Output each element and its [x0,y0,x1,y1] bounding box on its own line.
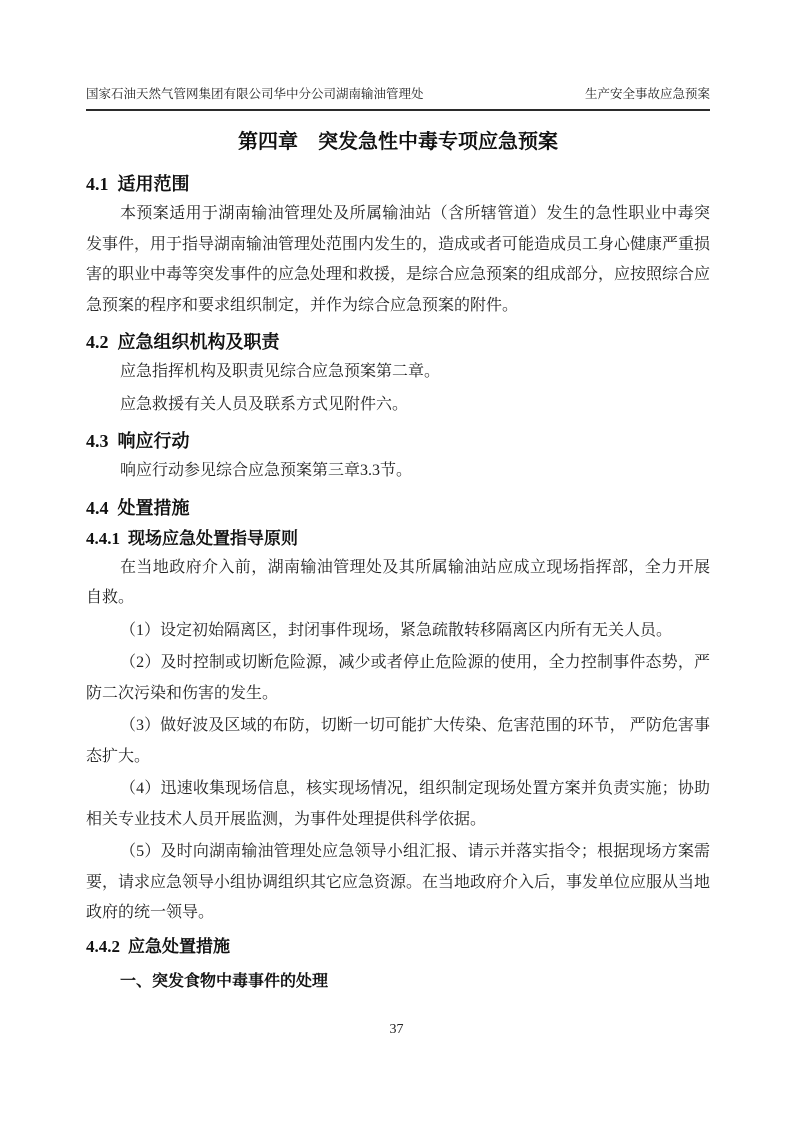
section-heading-text: 响应行动 [118,431,190,451]
section-number: 4.2 [86,332,109,352]
section-number: 4.1 [86,174,109,194]
section-number: 4.3 [86,431,109,451]
paragraph-item-4: （4）迅速收集现场信息，核实现场情况，组织制定现场处置方案并负责实施；协助相关专… [86,774,710,835]
section-heading-text: 适用范围 [118,174,190,194]
section-number: 4.4.2 [86,937,120,956]
section-number: 4.4.1 [86,529,120,548]
paragraph-item-5: （5）及时向湖南输油管理处应急领导小组汇报、请示并落实指令；根据现场方案需要，请… [86,837,710,929]
paragraph-item-2: （2）及时控制或切断危险源，减少或者停止危险源的使用，全力控制事件态势，严防二次… [86,648,710,709]
section-heading-text: 应急处置措施 [128,937,230,956]
paragraph-scope: 本预案适用于湖南输油管理处及所属输油站（含所辖管道）发生的急性职业中毒突发事件，… [86,199,710,321]
section-heading-text: 处置措施 [118,498,190,518]
document-page: 国家石油天然气管网集团有限公司华中分公司湖南输油管理处 生产安全事故应急预案 第… [0,0,793,1122]
subheading-food-poisoning: 一、突发食物中毒事件的处理 [86,967,710,997]
section-heading-4-3: 4.3响应行动 [86,429,710,454]
header-left-text: 国家石油天然气管网集团有限公司华中分公司湖南输油管理处 [86,86,424,103]
header-right-text: 生产安全事故应急预案 [585,86,710,103]
section-heading-4-2: 4.2应急组织机构及职责 [86,330,710,355]
section-heading-4-4: 4.4处置措施 [86,496,710,521]
section-heading-text: 应急组织机构及职责 [118,332,280,352]
section-heading-4-4-2: 4.4.2应急处置措施 [86,935,710,959]
section-number: 4.4 [86,498,109,518]
paragraph-org-ref: 应急指挥机构及职责见综合应急预案第二章。 [86,357,710,388]
paragraph-item-3: （3）做好波及区域的布防，切断一切可能扩大传染、危害范围的环节， 严防危害事态扩… [86,711,710,772]
page-header: 国家石油天然气管网集团有限公司华中分公司湖南输油管理处 生产安全事故应急预案 [86,86,710,111]
section-heading-4-4-1: 4.4.1现场应急处置指导原则 [86,527,710,551]
paragraph-item-1: （1）设定初始隔离区，封闭事件现场，紧急疏散转移隔离区内所有无关人员。 [86,616,710,647]
page-number: 37 [0,1022,793,1038]
paragraph-contact-ref: 应急救援有关人员及联系方式见附件六。 [86,390,710,421]
chapter-title: 第四章 突发急性中毒专项应急预案 [86,128,710,156]
paragraph-principle-intro: 在当地政府介入前，湖南输油管理处及其所属输油站应成立现场指挥部，全力开展自救。 [86,553,710,614]
paragraph-response-ref: 响应行动参见综合应急预案第三章3.3节。 [86,456,710,487]
section-heading-4-1: 4.1适用范围 [86,172,710,197]
section-heading-text: 现场应急处置指导原则 [128,529,298,548]
